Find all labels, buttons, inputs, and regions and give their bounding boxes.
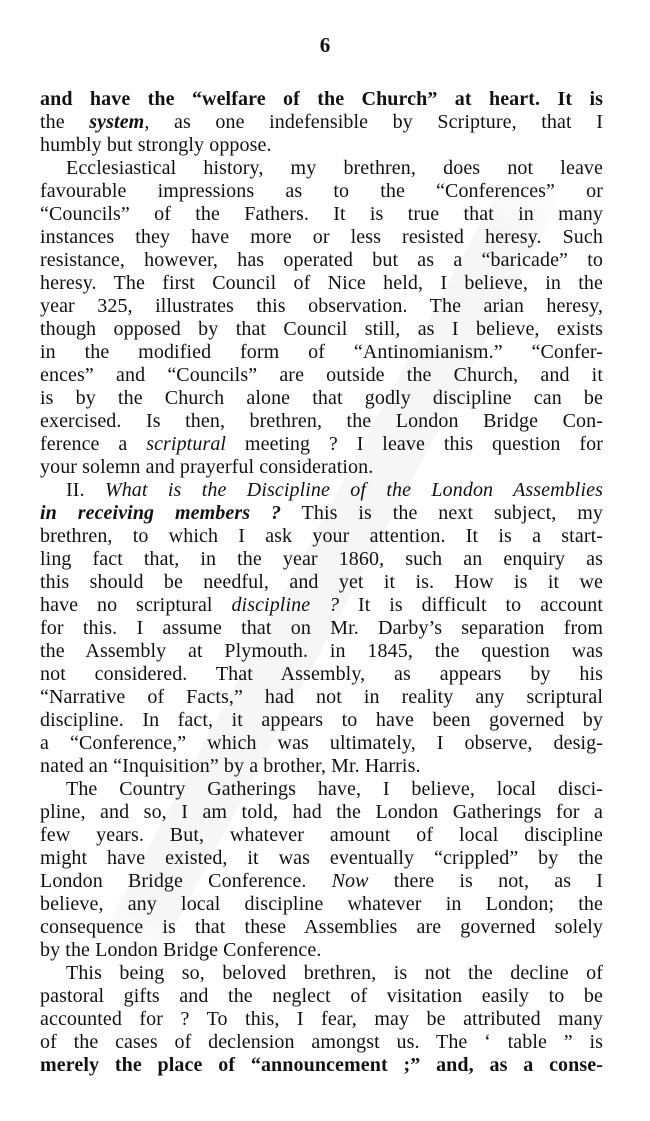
text-line: ference a scriptural meeting ? I leave t… [40,433,603,456]
text-line-content: merely the place of “announcement ;” and… [40,1054,603,1077]
text-segment: exercised. Is then, brethren, the London… [40,410,603,432]
text-segment: pastoral gifts and the neglect of visita… [40,985,603,1007]
text-line-content: ences” and “Councils” are outside the Ch… [40,364,603,387]
text-segment: your solemn and prayerful consideration. [40,456,373,478]
text-segment: of the cases of declension amongst us. T… [40,1031,603,1053]
text-line-content: your solemn and prayerful consideration. [40,456,603,479]
text-line-content: of the cases of declension amongst us. T… [40,1031,603,1054]
text-line-content: ling fact that, in the year 1860, such a… [40,548,603,571]
text-line-content: the system, as one indefensible by Scrip… [40,111,603,134]
text-line: this should be needful, and yet it is. H… [40,571,603,594]
text-line: II. What is the Discipline of the London… [40,479,603,502]
italic-text: system [89,111,144,133]
text-line: year 325, illustrates this observation. … [40,295,603,318]
italic-text: What is the Discipline of the London Ass… [105,479,603,501]
text-segment: is by the Church alone that godly discip… [40,387,603,409]
text-segment: in the modified form of “Antinomianism.”… [40,341,603,363]
text-segment: This is the next subject, my [281,502,603,524]
page-number: 6 [0,33,650,57]
text-segment: consequence is that these Assemblies are… [40,916,603,938]
text-line-content: II. What is the Discipline of the London… [66,479,603,502]
text-segment: London Bridge Conference. [40,870,332,892]
text-segment: heresy. The first Council of Nice held, … [40,272,603,294]
text-line-content: favourable impressions as to the “Confer… [40,180,603,203]
text-line: heresy. The first Council of Nice held, … [40,272,603,295]
text-segment: year 325, illustrates this observation. … [40,295,603,317]
text-line-content: London Bridge Conference. Now there is n… [40,870,603,893]
text-line: Ecclesiastical history, my brethren, doe… [40,157,603,180]
text-line: London Bridge Conference. Now there is n… [40,870,603,893]
text-line: your solemn and prayerful consideration. [40,456,603,479]
text-segment: believe, any local discipline whatever i… [40,893,603,915]
text-line-content: The Country Gatherings have, I believe, … [66,778,603,801]
text-line: though opposed by that Council still, as… [40,318,603,341]
text-line-content: ference a scriptural meeting ? I leave t… [40,433,603,456]
text-line-content: “Narrative of Facts,” had not in reality… [40,686,603,709]
text-segment: not considered. That Assembly, as appear… [40,663,603,685]
text-line: instances they have more or less resiste… [40,226,603,249]
text-line: might have existed, it was eventually “c… [40,847,603,870]
text-line: “Narrative of Facts,” had not in reality… [40,686,603,709]
text-line-content: believe, any local discipline whatever i… [40,893,603,916]
text-segment: resistance, however, has operated but as… [40,249,603,271]
text-line-content: in receiving members ? This is the next … [40,502,603,525]
text-line: in the modified form of “Antinomianism.”… [40,341,603,364]
text-segment: This being so, beloved brethren, is not … [66,962,603,984]
text-line: ences” and “Councils” are outside the Ch… [40,364,603,387]
text-line: in receiving members ? This is the next … [40,502,603,525]
text-segment: , as one indefensible by Scripture, that… [144,111,603,133]
text-line-content: not considered. That Assembly, as appear… [40,663,603,686]
text-line: the system, as one indefensible by Scrip… [40,111,603,134]
text-line-content: Ecclesiastical history, my brethren, doe… [66,157,603,180]
text-line: discipline. In fact, it appears to have … [40,709,603,732]
text-line-content: the Assembly at Plymouth. in 1845, the q… [40,640,603,663]
text-line-content: though opposed by that Council still, as… [40,318,603,341]
text-line-content: accounted for ? To this, I fear, may be … [40,1008,603,1031]
text-line-content: “Councils” of the Fathers. It is true th… [40,203,603,226]
text-line-content: exercised. Is then, brethren, the London… [40,410,603,433]
text-line-content: discipline. In fact, it appears to have … [40,709,603,732]
text-line-content: pastoral gifts and the neglect of visita… [40,985,603,1008]
text-line-content: instances they have more or less resiste… [40,226,603,249]
text-segment: The Country Gatherings have, I believe, … [66,778,603,800]
text-segment: for this. I assume that on Mr. Darby’s s… [40,617,603,639]
text-line-content: resistance, however, has operated but as… [40,249,603,272]
text-line: few years. But, whatever amount of local… [40,824,603,847]
text-line: a “Conference,” which was ultimately, I … [40,732,603,755]
text-segment: nated an “Inquisition” by a brother, Mr.… [40,755,421,777]
text-line-content: might have existed, it was eventually “c… [40,847,603,870]
text-segment: the Assembly at Plymouth. in 1845, the q… [40,640,603,662]
text-segment: meeting ? I leave this question for [226,433,603,455]
text-line: exercised. Is then, brethren, the London… [40,410,603,433]
text-line: of the cases of declension amongst us. T… [40,1031,603,1054]
text-line-content: few years. But, whatever amount of local… [40,824,603,847]
text-segment: II. [66,479,105,501]
text-segment: ling fact that, in the year 1860, such a… [40,548,603,570]
text-segment: a “Conference,” which was ultimately, I … [40,732,603,754]
text-line-content: humbly but strongly oppose. [40,134,603,157]
text-line: by the London Bridge Conference. [40,939,603,962]
body-text: and have the “welfare of the Church” at … [40,88,603,1077]
text-line-content: This being so, beloved brethren, is not … [66,962,603,985]
text-line: pline, and so, I am told, had the London… [40,801,603,824]
text-line-content: year 325, illustrates this observation. … [40,295,603,318]
text-segment: ences” and “Councils” are outside the Ch… [40,364,603,386]
text-line-content: a “Conference,” which was ultimately, I … [40,732,603,755]
text-line: believe, any local discipline whatever i… [40,893,603,916]
italic-text: Now [332,870,369,892]
text-line-content: in the modified form of “Antinomianism.”… [40,341,603,364]
text-line: “Councils” of the Fathers. It is true th… [40,203,603,226]
text-segment: there is not, as I [369,870,603,892]
text-line-content: and have the “welfare of the Church” at … [40,88,603,111]
text-line: consequence is that these Assemblies are… [40,916,603,939]
text-line-content: have no scriptural discipline ? It is di… [40,594,603,617]
text-segment: by the London Bridge Conference. [40,939,321,961]
text-line-content: for this. I assume that on Mr. Darby’s s… [40,617,603,640]
text-segment: have no scriptural [40,594,231,616]
text-segment: brethren, to which I ask your attention.… [40,525,603,547]
text-line-content: brethren, to which I ask your attention.… [40,525,603,548]
text-segment: favourable impressions as to the “Confer… [40,180,603,202]
text-line: merely the place of “announcement ;” and… [40,1054,603,1077]
text-segment: humbly but strongly oppose. [40,134,272,156]
text-line-content: consequence is that these Assemblies are… [40,916,603,939]
text-line: for this. I assume that on Mr. Darby’s s… [40,617,603,640]
text-line: the Assembly at Plymouth. in 1845, the q… [40,640,603,663]
text-line: pastoral gifts and the neglect of visita… [40,985,603,1008]
text-line: resistance, however, has operated but as… [40,249,603,272]
text-segment: It is difficult to account [339,594,603,616]
italic-text: scriptural [146,433,226,455]
text-line: The Country Gatherings have, I believe, … [40,778,603,801]
text-segment: “Narrative of Facts,” had not in reality… [40,686,603,708]
text-segment: discipline. In fact, it appears to have … [40,709,603,731]
text-line: humbly but strongly oppose. [40,134,603,157]
text-segment: instances they have more or less resiste… [40,226,603,248]
text-line: nated an “Inquisition” by a brother, Mr.… [40,755,603,778]
text-line: and have the “welfare of the Church” at … [40,88,603,111]
text-segment: and have the “welfare of the Church” at … [40,88,603,110]
text-line: not considered. That Assembly, as appear… [40,663,603,686]
text-segment: merely the place of “announcement ;” and… [40,1054,603,1076]
text-segment: this should be needful, and yet it is. H… [40,571,603,593]
text-segment: accounted for ? To this, I fear, may be … [40,1008,603,1030]
text-segment: few years. But, whatever amount of local… [40,824,603,846]
text-line-content: pline, and so, I am told, had the London… [40,801,603,824]
text-segment: though opposed by that Council still, as… [40,318,603,340]
text-segment: “Councils” of the Fathers. It is true th… [40,203,603,225]
text-line-content: by the London Bridge Conference. [40,939,603,962]
text-line: brethren, to which I ask your attention.… [40,525,603,548]
text-line-content: is by the Church alone that godly discip… [40,387,603,410]
text-line: This being so, beloved brethren, is not … [40,962,603,985]
text-line: accounted for ? To this, I fear, may be … [40,1008,603,1031]
text-segment: might have existed, it was eventually “c… [40,847,603,869]
text-segment: ference a [40,433,146,455]
text-line: ling fact that, in the year 1860, such a… [40,548,603,571]
text-line: is by the Church alone that godly discip… [40,387,603,410]
italic-text: in receiving members ? [40,502,281,524]
text-line-content: heresy. The first Council of Nice held, … [40,272,603,295]
text-segment: pline, and so, I am told, had the London… [40,801,603,823]
text-line: have no scriptural discipline ? It is di… [40,594,603,617]
text-segment: the [40,111,89,133]
text-line-content: this should be needful, and yet it is. H… [40,571,603,594]
italic-text: discipline ? [231,594,339,616]
text-line: favourable impressions as to the “Confer… [40,180,603,203]
text-line-content: nated an “Inquisition” by a brother, Mr.… [40,755,603,778]
text-segment: Ecclesiastical history, my brethren, doe… [66,157,603,179]
